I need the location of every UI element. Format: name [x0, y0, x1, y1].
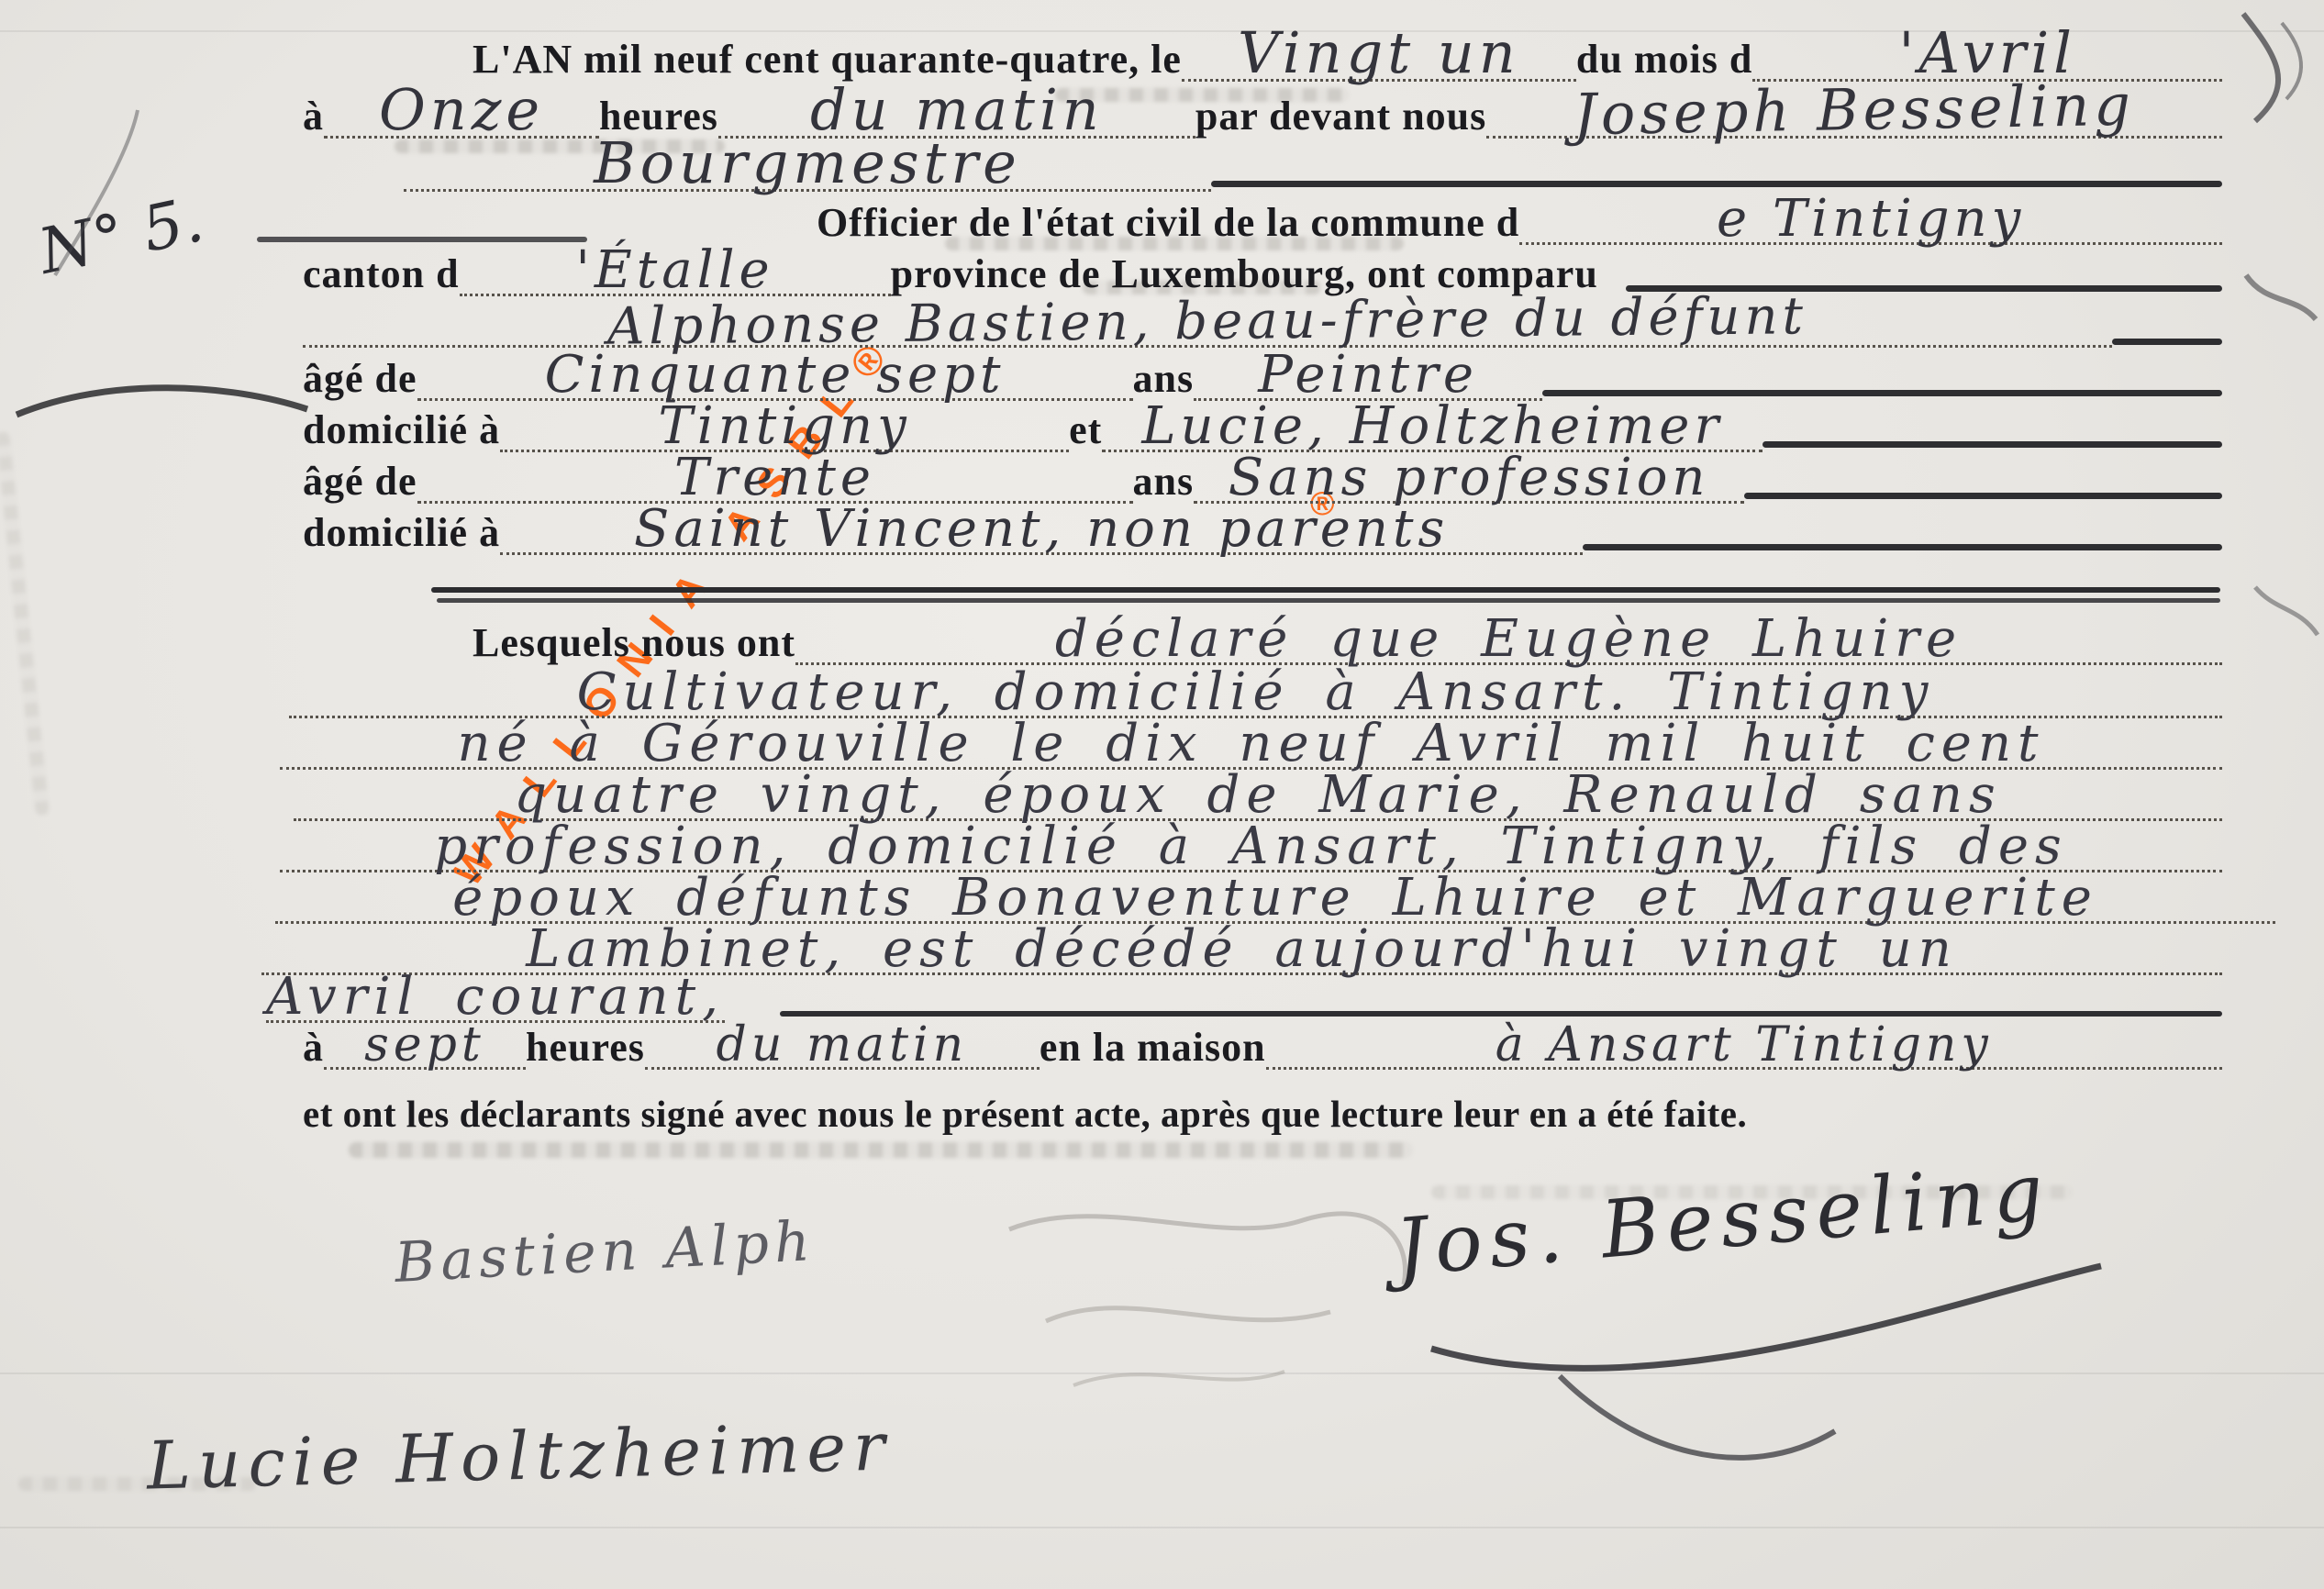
- printed-label: ans: [1133, 355, 1195, 402]
- death-record-scan: N° 5. WALLONIA ASBL® ® L'AN mil neuf cen…: [0, 0, 2324, 1589]
- handwritten-period: du matin: [810, 84, 1104, 136]
- printed-label: Lesquels nous ont: [303, 619, 795, 666]
- handwritten-declaration: Cultivateur, domicilié à Ansart. Tintign…: [577, 670, 1935, 716]
- handwritten-day: Vingt un: [1238, 28, 1520, 79]
- handwritten-month: 'Avril: [1898, 28, 2076, 79]
- form-line-death-hour: à sept heures du matin en la maison à An…: [303, 1024, 2222, 1075]
- ink-rule: [2112, 339, 2222, 345]
- signature-officer: Jos. Besseling: [1392, 1146, 2054, 1295]
- printed-label: ans: [1133, 458, 1195, 505]
- ink-rule: [780, 1011, 2222, 1017]
- printed-label: heures: [526, 1024, 645, 1071]
- bleed-through-smudge: [349, 1142, 1413, 1158]
- ink-rule: [1762, 441, 2222, 448]
- printed-closing-text: et ont les déclarants signé avec nous le…: [303, 1092, 1747, 1136]
- handwritten-officer-name: Joseph Besseling: [1573, 80, 2136, 140]
- handwritten-declaration: Lambinet, est décédé aujourd'hui vingt u…: [526, 927, 1958, 972]
- printed-label: du mois d: [1576, 36, 1752, 83]
- printed-label: à: [303, 93, 324, 139]
- handwritten-age1: Cinquante sept: [545, 352, 1006, 398]
- ink-rule: [1542, 390, 2222, 396]
- printed-label: en la maison: [1040, 1024, 1266, 1071]
- handwritten-declarant1: Alphonse Bastien, beau-frère du défunt: [607, 294, 1807, 350]
- handwritten-profession1: Peintre: [1258, 352, 1478, 398]
- handwritten-profession2: Sans profession: [1229, 455, 1710, 501]
- handwritten-declaration: né à Gérouville le dix neuf Avril mil hu…: [457, 721, 2044, 767]
- margin-act-number: N° 5.: [33, 183, 209, 289]
- handwritten-death-period: du matin: [717, 1024, 969, 1067]
- handwritten-title: Bourgmestre: [594, 138, 1021, 189]
- form-line-hour: à Onze heures du matin par devant nous J…: [303, 84, 2222, 139]
- handwritten-domicile2: Saint Vincent, non parents: [634, 506, 1449, 552]
- scan-artifact-line: [0, 1527, 2324, 1528]
- closing-sentence: et ont les déclarants signé avec nous le…: [303, 1092, 2222, 1139]
- ink-rule: [1583, 544, 2222, 550]
- printed-label: à: [303, 1024, 324, 1071]
- form-line-title: Bourgmestre: [303, 138, 2222, 194]
- handwritten-domicile1: Tintigny: [658, 404, 910, 450]
- printed-label: par devant nous: [1195, 93, 1486, 139]
- form-line-domicile2: domicilié à Saint Vincent, non parents: [303, 506, 2222, 558]
- printed-label: et: [1069, 406, 1102, 453]
- handwritten-age2: Trente: [674, 455, 875, 501]
- printed-label: canton d: [303, 250, 460, 297]
- ink-rule: [1744, 493, 2222, 499]
- handwritten-hour: Onze: [379, 84, 544, 136]
- printed-label: âgé de: [303, 355, 417, 402]
- section-divider: [437, 598, 2220, 603]
- handwritten-commune: e Tintigny: [1717, 196, 2025, 242]
- signature-declarant1: Bastien Alph: [393, 1209, 817, 1295]
- handwritten-death-place: à Ansart Tintigny: [1496, 1024, 1993, 1067]
- printed-label: domicilié à: [303, 509, 500, 556]
- handwritten-declarant2: Lucie, Holtzheimer: [1141, 404, 1723, 450]
- signature-declarant2: Lucie Holtzheimer: [146, 1407, 893, 1504]
- handwritten-declaration: Avril courant,: [266, 974, 725, 1020]
- section-divider: [431, 587, 2220, 593]
- bleed-through-smudge: [0, 431, 50, 816]
- handwritten-death-hour: sept: [364, 1024, 485, 1067]
- printed-label: âgé de: [303, 458, 417, 505]
- ink-rule: [257, 237, 587, 242]
- scan-artifact-line: [0, 1372, 2324, 1374]
- handwritten-declaration: déclaré que Eugène Lhuire: [1055, 617, 1963, 662]
- printed-label: domicilié à: [303, 406, 500, 453]
- handwritten-declaration: quatre vingt, époux de Marie, Renauld sa…: [514, 772, 2001, 818]
- handwritten-declaration: époux défunts Bonaventure Lhuire et Marg…: [452, 875, 2098, 921]
- handwritten-canton: 'Étalle: [576, 248, 774, 294]
- ink-rule: [1211, 181, 2222, 187]
- declaration-line: Avril courant,: [266, 974, 2222, 1024]
- handwritten-declaration: profession, domicilié à Ansart, Tintigny…: [434, 824, 2068, 870]
